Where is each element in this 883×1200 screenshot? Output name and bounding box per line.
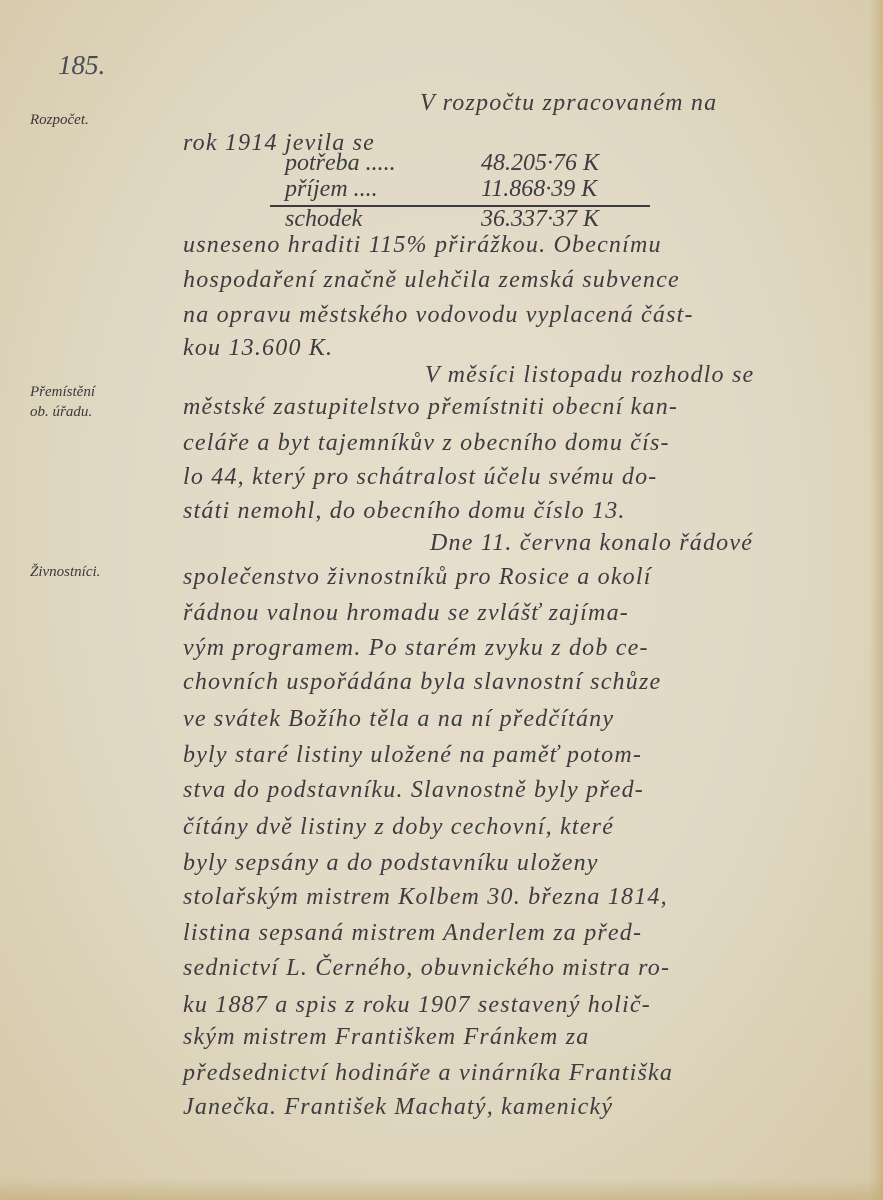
text-line: hospodaření značně ulehčila zemská subve… bbox=[183, 265, 680, 295]
text-line: chovních uspořádána byla slavnostní schů… bbox=[183, 667, 661, 697]
budget-row-value: 11.868·39 K bbox=[481, 174, 597, 204]
text-line: předsednictví hodináře a vinárníka Frant… bbox=[183, 1058, 673, 1088]
text-line: usneseno hraditi 115% přirážkou. Obecním… bbox=[183, 230, 662, 260]
text-line: ve svátek Božího těla a na ní předčítány bbox=[183, 704, 614, 734]
text-line: stolařským mistrem Kolbem 30. března 181… bbox=[183, 882, 668, 912]
text-line: na opravu městského vodovodu vyplacená č… bbox=[183, 300, 694, 330]
text-line: listina sepsaná mistrem Anderlem za před… bbox=[183, 918, 642, 948]
manuscript-page: 185. Rozpočet. Přemístění ob. úřadu. Živ… bbox=[0, 0, 883, 1200]
text-line: stva do podstavníku. Slavnostně byly pře… bbox=[183, 775, 644, 805]
text-line: řádnou valnou hromadu se zvlášť zajíma- bbox=[183, 598, 629, 628]
page-edge-shadow-bottom bbox=[0, 1178, 883, 1200]
page-number: 185. bbox=[58, 50, 105, 81]
text-line: ku 1887 a spis z roku 1907 sestavený hol… bbox=[183, 990, 651, 1020]
budget-row-income: příjem .... 11.868·39 K bbox=[285, 174, 597, 204]
text-line: V měsíci listopadu rozhodlo se bbox=[425, 360, 754, 390]
budget-intro-line-1: V rozpočtu zpracovaném na bbox=[420, 88, 717, 118]
text-line: vým programem. Po starém zvyku z dob ce- bbox=[183, 633, 649, 663]
text-line: ským mistrem Františkem Fránkem za bbox=[183, 1022, 590, 1052]
text-line: Dne 11. června konalo řádové bbox=[430, 528, 753, 558]
margin-note-budget: Rozpočet. bbox=[30, 110, 89, 130]
text-line: společenstvo živnostníků pro Rosice a ok… bbox=[183, 562, 652, 592]
text-line: lo 44, který pro schátralost účelu svému… bbox=[183, 462, 658, 492]
margin-note-tradesmen: Živnostníci. bbox=[30, 562, 100, 582]
text-line: městské zastupitelstvo přemístniti obecn… bbox=[183, 392, 678, 422]
text-line: byly staré listiny uložené na paměť poto… bbox=[183, 740, 642, 770]
margin-note-relocation-line2: ob. úřadu. bbox=[30, 402, 92, 422]
budget-row-label: příjem .... bbox=[285, 174, 475, 204]
page-edge-shadow-right bbox=[869, 0, 883, 1200]
text-line: čítány dvě listiny z doby cechovní, kter… bbox=[183, 812, 614, 842]
text-line: kou 13.600 K. bbox=[183, 333, 333, 363]
margin-note-relocation-line1: Přemístění bbox=[30, 382, 95, 402]
text-line: Janečka. František Machatý, kamenický bbox=[183, 1092, 613, 1122]
text-line: celáře a byt tajemníkův z obecního domu … bbox=[183, 428, 670, 458]
text-line: sednictví L. Černého, obuvnického mistra… bbox=[183, 953, 670, 983]
text-line: byly sepsány a do podstavníku uloženy bbox=[183, 848, 599, 878]
text-line: státi nemohl, do obecního domu číslo 13. bbox=[183, 496, 626, 526]
